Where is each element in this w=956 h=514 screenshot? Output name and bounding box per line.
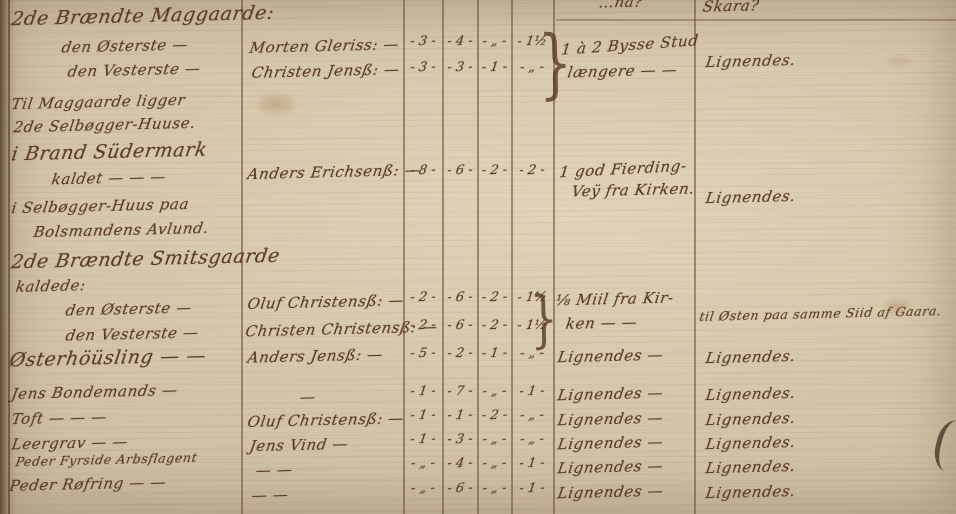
name-line: Oluf Christensß: — xyxy=(246,409,405,431)
remark-line: Lignendes. xyxy=(704,409,797,429)
remark-line: Lignendes. xyxy=(704,457,797,477)
value-cell: - 1 - xyxy=(403,432,443,448)
ink-stain xyxy=(884,52,914,70)
value-cell: - 2 - xyxy=(442,346,478,362)
value-cell: - 8 - xyxy=(403,163,443,179)
remark-line: Lignendes. xyxy=(704,384,797,404)
note-line: Lignendes — xyxy=(556,482,664,503)
place-line: Østerhöüsling — — xyxy=(8,345,208,372)
place-line: den Vesterste — xyxy=(64,323,200,344)
name-line: — — xyxy=(251,486,290,505)
notes-column-header-fragment: …na? xyxy=(598,0,645,12)
remark-line: Lignendes. xyxy=(704,433,797,453)
value-cell: - 1 - xyxy=(511,384,553,400)
remarks-column-header-fragment: Skara? xyxy=(702,0,761,16)
place-line: Leergrav — — xyxy=(10,433,129,454)
value-cell: - 3 - xyxy=(442,60,478,76)
note-line: Lignendes — xyxy=(556,409,664,430)
note-line: længere — — xyxy=(566,61,678,82)
value-cell: - 3 - xyxy=(403,60,443,76)
value-cell: - 2 - xyxy=(477,408,512,424)
value-cell: - „ - xyxy=(477,34,512,50)
name-line: Christen Jensß: — xyxy=(250,60,401,82)
value-cell: - 6 - xyxy=(442,481,478,497)
value-cell: - 2 - xyxy=(477,318,512,334)
value-cell: - „ - xyxy=(477,481,512,497)
value-cell: - 1 - xyxy=(477,346,512,362)
value-cell: - 1 - xyxy=(442,408,478,424)
value-cell: - 5 - xyxy=(403,346,443,362)
value-cell: - 2 - xyxy=(403,290,443,306)
value-cell: - 7 - xyxy=(442,384,478,400)
column-rule-notes-remarks xyxy=(694,0,696,514)
place-line: den Vesterste — xyxy=(66,59,202,80)
value-cell: - 2 - xyxy=(477,163,512,179)
place-line: kaldede: xyxy=(14,276,87,296)
ink-stain xyxy=(880,296,914,318)
place-line: i Brand Südermark xyxy=(10,139,209,166)
header-rule xyxy=(556,19,956,21)
ink-stain xyxy=(252,90,300,118)
name-line: Oluf Christensß: — xyxy=(246,291,405,313)
value-cell: - 1 - xyxy=(511,456,553,472)
name-line: Anders Jensß: — xyxy=(246,345,384,366)
place-line: den Østerste — xyxy=(64,298,193,319)
value-cell: - 4 - xyxy=(442,34,478,50)
remark-line: Lignendes. xyxy=(704,187,797,207)
place-line: kaldet — — — xyxy=(50,168,167,189)
value-cell: - 6 - xyxy=(442,290,478,306)
name-line: Anders Erichsenß: — xyxy=(246,161,422,183)
value-cell: - 2 - xyxy=(403,318,443,334)
note-line: 1 god Fierding- xyxy=(558,157,688,182)
place-line: 2de Brændte Maggaarde: xyxy=(10,2,276,30)
value-cell: - 4 - xyxy=(442,456,478,472)
note-line: Lignendes — xyxy=(556,457,664,478)
remark-line: Lignendes. xyxy=(704,482,797,502)
value-cell: - 1 - xyxy=(403,384,443,400)
value-cell: - 2 - xyxy=(511,163,553,179)
note-line: ken — — xyxy=(564,313,638,333)
note-line: Lignendes — xyxy=(556,433,664,454)
value-cell: - 6 - xyxy=(442,163,478,179)
value-cell: - „ - xyxy=(511,408,553,424)
place-line: Toft — — — xyxy=(10,408,108,428)
note-line: Lignendes — xyxy=(556,384,664,405)
manuscript-scan: …na? Skara? 2de Brændte Maggaarde: den Ø… xyxy=(0,0,956,514)
row-brace-icon: } xyxy=(529,281,558,355)
value-cell: - „ - xyxy=(477,384,512,400)
value-cell: - 3 - xyxy=(442,432,478,448)
value-cell: - „ - xyxy=(403,481,443,497)
value-cell: - „ - xyxy=(511,432,553,448)
name-line: — — xyxy=(255,461,294,480)
note-line: Veÿ fra Kirken. xyxy=(570,180,696,201)
value-cell: - 3 - xyxy=(403,34,443,50)
value-cell: - 2 - xyxy=(477,290,512,306)
place-line: Peder Fyrside Arbsflagent xyxy=(14,450,198,469)
name-line: Jens Vind — xyxy=(248,435,349,455)
note-line: ⅛ Miil fra Kir- xyxy=(554,289,675,310)
left-margin-rule xyxy=(8,0,10,514)
remark-line: Lignendes. xyxy=(704,347,797,367)
value-cell: - 6 - xyxy=(442,318,478,334)
page-edge-mark xyxy=(930,417,956,475)
remark-line: Lignendes. xyxy=(704,51,797,71)
place-line: Bolsmandens Avlund. xyxy=(32,219,210,241)
value-cell: - 1 - xyxy=(403,408,443,424)
place-line: Peder Røfring — — xyxy=(8,473,167,495)
note-line: Lignendes — xyxy=(556,346,664,367)
value-cell: - 1 - xyxy=(511,481,553,497)
place-line: Til Maggaarde ligger xyxy=(10,91,186,113)
name-line: Morten Gleriss: — xyxy=(248,35,400,57)
row-brace-icon: } xyxy=(537,17,573,108)
place-line: i Selbøgger-Huus paa xyxy=(10,195,190,217)
place-line: Jens Bondemands — xyxy=(10,381,179,403)
name-line: — xyxy=(299,388,317,406)
note-line: 1 à 2 Bysse Stud xyxy=(560,31,699,58)
value-cell: - „ - xyxy=(477,456,512,472)
value-cell: - „ - xyxy=(403,456,443,472)
place-line: den Østerste — xyxy=(60,35,189,56)
place-line: 2de Selbøgger-Huuse. xyxy=(12,114,197,136)
value-cell: - „ - xyxy=(477,432,512,448)
value-cell: - 1 - xyxy=(477,60,512,76)
